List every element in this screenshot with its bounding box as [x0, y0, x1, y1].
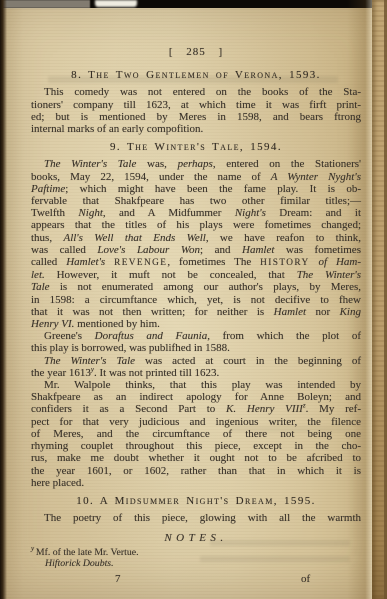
footnote: y Mf. of the late Mr. Vertue.Hiftorick D…: [31, 547, 361, 570]
text-flow: [ 285 ]8. The Two Gentlemen of Verona, 1…: [31, 46, 361, 570]
text-line: called Hamlet's REVENGE, fometimes The H…: [31, 256, 361, 269]
text-segment: of Meres, and the circumftance of there …: [31, 428, 361, 440]
text-segment: this play is borrowed, was publifhed in …: [31, 342, 230, 354]
text-line: let. However, it muft not be concealed, …: [31, 269, 361, 281]
section-heading: 10. A Midsummer Night's Dream, 1595.: [31, 495, 361, 507]
text-segment: the year 1601, or 1602, rather than that…: [31, 465, 361, 477]
text-line: y Mf. of the late Mr. Vertue.: [31, 547, 361, 559]
text-segment: This comedy was not entered on the books…: [44, 86, 361, 98]
paragraph: The poetry of this piece, glowing with a…: [31, 512, 361, 524]
section-heading: 8. The Two Gentlemen of Verona, 1593.: [31, 69, 361, 81]
text-line: This comedy was not entered on the books…: [31, 86, 361, 98]
text-line: appears that the titles of his plays wer…: [31, 219, 361, 231]
text-segment: K. Henry VIII: [226, 403, 303, 415]
text-segment: The Winter's Tale: [44, 355, 135, 367]
text-segment: Hamlet: [242, 244, 274, 256]
text-line: The Winter's Tale was, perhaps, entered …: [31, 158, 361, 170]
text-column: [ 285 ]8. The Two Gentlemen of Verona, 1…: [31, 46, 361, 586]
text-segment: REVENGE: [114, 258, 167, 268]
text-segment: books, May 22, 1594, under the name of: [31, 171, 271, 183]
text-line: ed; but is mentioned by Meres in 1598, a…: [31, 111, 361, 123]
text-segment: Shakfpeare as an indirect apology for An…: [31, 391, 361, 403]
text-segment: rhyming couplet throughout this piece, e…: [31, 440, 361, 452]
text-line: of Meres, and the circumftance of there …: [31, 428, 361, 440]
text-segment: King: [340, 306, 361, 318]
text-segment: ; and: [200, 244, 242, 256]
text-line: Shakfpeare as an indirect apology for An…: [31, 391, 361, 403]
text-segment: Henry VI.: [31, 318, 74, 330]
text-line: Henry VI. mentioned by him.: [31, 318, 361, 330]
text-segment: of Ham-: [310, 256, 361, 268]
text-segment: Night's: [235, 207, 266, 219]
top-edge-highlight: [0, 0, 90, 8]
text-segment: All's Well that Ends Well: [63, 232, 205, 244]
text-line: internal marks of an early compofition.: [31, 123, 361, 135]
top-edge-glint: [95, 0, 137, 7]
text-line: Paftime; which might have been the fame …: [31, 183, 361, 195]
text-line: Mr. Walpole thinks, that this play was i…: [31, 379, 361, 391]
catchword: of: [301, 573, 310, 585]
text-segment: Hamlet: [274, 306, 306, 318]
text-segment: . It was not printed till 1623.: [94, 367, 219, 379]
text-segment: was called: [31, 244, 97, 256]
paragraph: The Winter's Tale was acted at court in …: [31, 355, 361, 379]
text-segment: fervable that Shakfpeare has two other f…: [31, 195, 361, 207]
text-line: The Winter's Tale was acted at court in …: [31, 355, 361, 367]
text-line: here placed.: [31, 477, 361, 489]
text-segment: Mf. of the late Mr. Vertue.: [36, 547, 139, 558]
scanned-book-page: [ 285 ]8. The Two Gentlemen of Verona, 1…: [0, 0, 387, 599]
text-segment: thus,: [31, 232, 63, 244]
text-segment: internal marks of an early compofition.: [31, 123, 203, 135]
text-segment: Tale: [31, 281, 50, 293]
text-line: Twelfth Night, and A Midfummer Night's D…: [31, 207, 361, 219]
text-segment: Dream: and it: [266, 207, 361, 219]
text-line: confiders it as a Second Part to K. Henr…: [31, 403, 361, 415]
text-segment: Mr. Walpole thinks, that this play was i…: [44, 379, 361, 391]
signature-line: 7 of: [31, 573, 361, 586]
text-segment: is not enumerated among our author's pla…: [50, 281, 361, 293]
text-line: Greene's Doraftus and Faunia, from which…: [31, 330, 361, 342]
text-segment: ed; but is mentioned by Meres in 1598, a…: [31, 111, 361, 123]
text-segment: was acted at court in the beginning of: [135, 355, 361, 367]
text-segment: , entered on the Stationers': [213, 158, 361, 170]
paragraph: The Winter's Tale was, perhaps, entered …: [31, 158, 361, 330]
text-segment: here placed.: [31, 477, 84, 489]
text-line: that it was not then written; for neithe…: [31, 306, 361, 318]
page-number: [ 285 ]: [31, 46, 361, 58]
text-line: rus, make me doubt whether it ought not …: [31, 452, 361, 464]
text-line: tioners' company till 1623, at which tim…: [31, 99, 361, 111]
text-segment: appears that the titles of his plays wer…: [31, 219, 361, 231]
text-segment: Night: [78, 207, 102, 219]
notes-heading: NOTES.: [31, 532, 361, 544]
text-line: thus, All's Well that Ends Well, we have…: [31, 232, 361, 244]
text-segment: called: [31, 256, 66, 268]
text-segment: The Winter's: [297, 269, 361, 281]
text-line: this play is borrowed, was publifhed in …: [31, 342, 361, 354]
text-segment: the year 1613: [31, 367, 91, 379]
text-segment: confiders it as a Second Part to: [31, 403, 226, 415]
text-segment: Hamlet's: [66, 256, 114, 268]
text-segment: perhaps: [178, 158, 213, 170]
text-segment: , from which the plot of: [207, 330, 361, 342]
text-segment: Doraftus and Faunia: [95, 330, 208, 342]
section-heading: 9. The Winter's Tale, 1594.: [31, 141, 361, 153]
paragraph: Mr. Walpole thinks, that this play was i…: [31, 379, 361, 489]
text-segment: let.: [31, 269, 45, 281]
text-line: was called Love's Labour Won; and Hamlet…: [31, 244, 361, 256]
text-segment: that it was not then written; for neithe…: [31, 306, 274, 318]
text-line: in 1598: a circumftance which, yet, is n…: [31, 294, 361, 306]
text-segment: pect for that very judicious and ingenio…: [31, 416, 361, 428]
text-segment: nor: [306, 306, 340, 318]
text-line: rhyming couplet throughout this piece, e…: [31, 440, 361, 452]
text-line: pect for that very judicious and ingenio…: [31, 416, 361, 428]
text-line: fervable that Shakfpeare has two other f…: [31, 195, 361, 207]
text-segment: Hiftorick Doubts.: [45, 558, 114, 569]
text-segment: , and A Midfummer: [103, 207, 235, 219]
text-segment: tioners' company till 1623, at which tim…: [31, 99, 361, 111]
text-line: Tale is not enumerated among our author'…: [31, 281, 361, 293]
text-segment: The Winter's Tale: [44, 158, 136, 170]
text-line: The poetry of this piece, glowing with a…: [31, 512, 361, 524]
text-segment: , fometimes The: [167, 256, 260, 268]
text-segment: Paftime: [31, 183, 65, 195]
signature-number: 7: [115, 573, 121, 585]
text-segment: HISTORY: [260, 258, 309, 268]
text-line: the year 1613y. It was not printed till …: [31, 367, 361, 379]
paragraph: Greene's Doraftus and Faunia, from which…: [31, 330, 361, 354]
text-segment: in 1598: a circumftance which, yet, is n…: [31, 294, 361, 306]
text-segment: was fometimes: [274, 244, 361, 256]
text-line: the year 1601, or 1602, rather than that…: [31, 465, 361, 477]
book-gutter-shadow: [0, 0, 7, 599]
text-segment: rus, make me doubt whether it ought not …: [31, 452, 361, 464]
text-segment: Twelfth: [31, 207, 78, 219]
text-segment: was,: [136, 158, 177, 170]
text-segment: However, it muft not be concealed, that: [45, 269, 297, 281]
text-line: books, May 22, 1594, under the name of A…: [31, 171, 361, 183]
text-segment: mentioned by him.: [74, 318, 160, 330]
text-segment: . My ref-: [306, 403, 361, 415]
text-segment: Greene's: [44, 330, 95, 342]
text-segment: , we have reafon to think,: [206, 232, 361, 244]
text-segment: Love's Labour Won: [97, 244, 200, 256]
text-segment: The poetry of this piece, glowing with a…: [44, 512, 361, 524]
text-segment: A Wynter Nyght's: [271, 171, 361, 183]
text-line: Hiftorick Doubts.: [31, 558, 361, 570]
paragraph: This comedy was not entered on the books…: [31, 86, 361, 135]
text-segment: ; which might have been the fame play. I…: [65, 183, 361, 195]
